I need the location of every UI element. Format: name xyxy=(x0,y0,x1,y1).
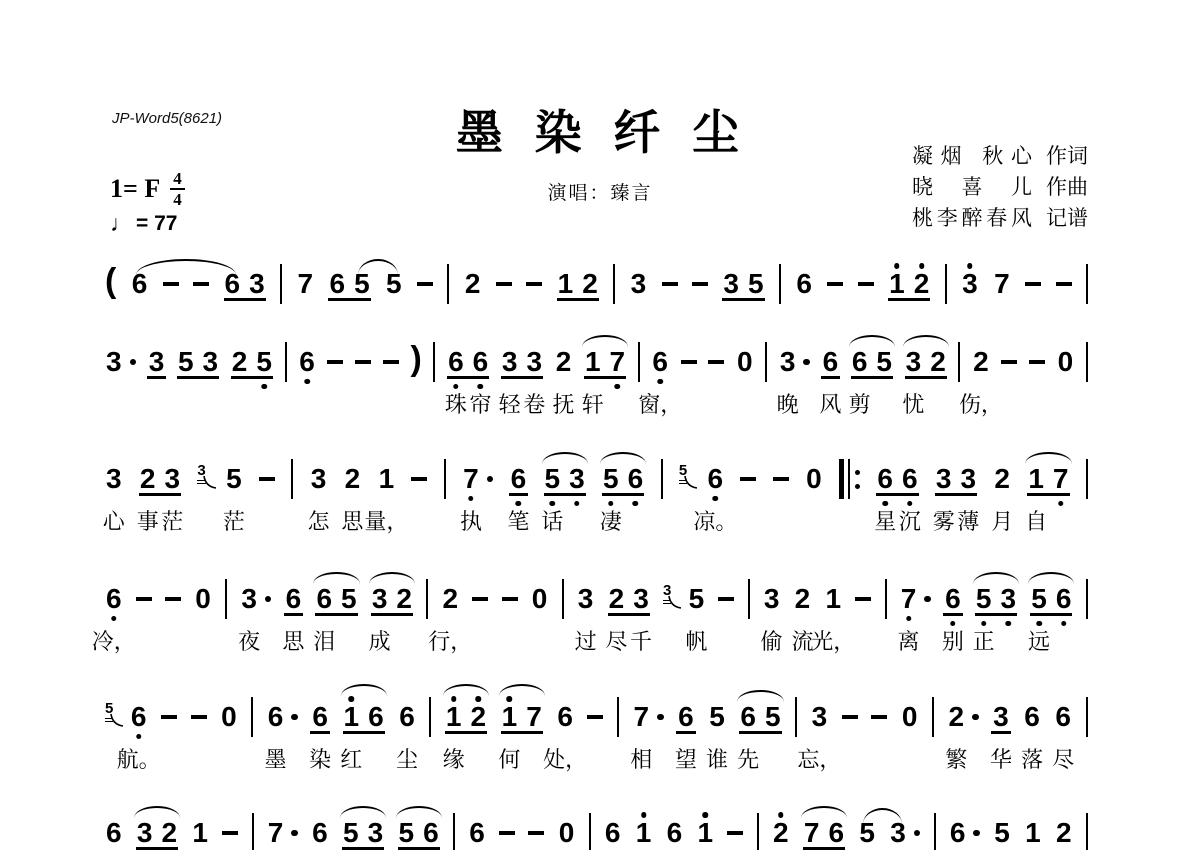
note-number: 6 xyxy=(1054,703,1072,731)
note-number: 7 xyxy=(297,270,315,298)
note-number: 1 xyxy=(824,585,842,613)
notes-row: (663765521233561237 xyxy=(105,264,1088,304)
lyric-syllable: 望 xyxy=(675,743,697,774)
note: 6 xyxy=(298,348,316,376)
note: 7 xyxy=(609,348,627,376)
note-number: 2 xyxy=(464,270,482,298)
note-number: 0 xyxy=(805,465,823,493)
barline xyxy=(779,264,781,304)
note-number: 6 xyxy=(822,348,840,376)
credit-name: 桃李醉春风 xyxy=(912,202,1032,232)
note: 2 xyxy=(441,585,459,613)
tie-slur xyxy=(903,335,949,347)
beam-underline xyxy=(739,731,781,734)
beam-group: 32 xyxy=(905,348,947,376)
duration-dash xyxy=(855,597,871,601)
note: 7 xyxy=(462,465,493,493)
note: 7 xyxy=(1052,465,1070,493)
duration-dash xyxy=(1001,360,1017,364)
beam-underline xyxy=(602,493,644,496)
credits-block: 凝烟 秋心作词晓 喜 儿作曲桃李醉春风记谱 xyxy=(912,140,1088,233)
note: 2 xyxy=(395,585,413,613)
lyrics-row: 心事茫茫怎思量，执笔话凄凉。星沉雾薄月自 xyxy=(105,499,1088,531)
barline xyxy=(562,579,564,619)
barline xyxy=(429,697,431,737)
note: 6 xyxy=(604,819,622,847)
note: 6 xyxy=(447,348,465,376)
note: 0 xyxy=(901,703,919,731)
note: 6 xyxy=(666,819,684,847)
lyric-syllable: 风 xyxy=(819,388,841,419)
lyric-syllable: 染 xyxy=(309,743,331,774)
duration-dash xyxy=(496,282,512,286)
barline xyxy=(225,579,227,619)
augmentation-dot xyxy=(130,359,137,366)
tie-slur xyxy=(863,808,902,824)
note: 1 xyxy=(697,819,715,847)
note: 6 xyxy=(468,819,486,847)
note-number: 7 xyxy=(633,703,651,731)
duration-dash xyxy=(740,477,756,481)
note: 7 xyxy=(267,819,298,847)
beam-underline xyxy=(343,731,385,734)
note-number: 3 xyxy=(164,465,182,493)
lyric-syllable: 忧 xyxy=(902,388,924,419)
lyric-syllable: 轻 xyxy=(499,388,521,419)
note-number: 6 xyxy=(707,465,725,493)
note-number: 3 xyxy=(630,270,648,298)
note-number: 6 xyxy=(944,585,962,613)
note-number: 2 xyxy=(1055,819,1073,847)
beam-group: 56 xyxy=(398,819,440,847)
repeat-thick-bar xyxy=(839,459,844,499)
augmentation-dot xyxy=(265,596,272,603)
beam-underline xyxy=(851,376,893,379)
beam-group: 16 xyxy=(343,703,385,731)
duration-dash xyxy=(1056,282,1072,286)
barline xyxy=(1086,697,1088,737)
lyric-syllable: 光， xyxy=(811,625,855,656)
note-number: 3 xyxy=(148,348,166,376)
beam-group: 12 xyxy=(888,270,930,298)
note: 2 xyxy=(581,270,599,298)
beam-underline xyxy=(224,298,266,301)
note: 6 xyxy=(627,465,645,493)
note: 3 xyxy=(961,270,979,298)
note: 6 xyxy=(827,819,845,847)
lyric-syllable: 凉。 xyxy=(693,505,737,536)
duration-dash xyxy=(662,282,678,286)
note-number: 6 xyxy=(311,703,329,731)
note-number: 3 xyxy=(961,270,979,298)
beam-underline xyxy=(943,613,963,616)
beam-underline xyxy=(501,376,543,379)
note: 1 xyxy=(445,703,463,731)
notes-row: 560661661217676565302366 xyxy=(105,697,1088,737)
note: 2 xyxy=(929,348,947,376)
duration-dash xyxy=(871,715,887,719)
tie-slur xyxy=(600,452,646,464)
duration-dash xyxy=(136,597,152,601)
note-number: 2 xyxy=(555,348,573,376)
lyric-syllable: 墨 xyxy=(265,743,287,774)
lyric-syllable: 抚 xyxy=(552,388,574,419)
note-number: 5 xyxy=(544,465,562,493)
note-number: 5 xyxy=(993,819,1011,847)
notes-row: 3353256)66332176036653220 xyxy=(105,342,1088,382)
tie-slur xyxy=(499,684,545,696)
note-number: 3 xyxy=(501,348,519,376)
sheet-music-page: JP-Word5(8621) 墨 染 纤 尘 演唱：臻言 凝烟 秋心作词晓 喜 … xyxy=(0,0,1200,850)
note: 3 xyxy=(722,270,740,298)
note-number: 0 xyxy=(558,819,576,847)
grace-note: 3 xyxy=(663,570,671,604)
octave-dot xyxy=(967,263,973,269)
barline xyxy=(444,459,446,499)
note-number: 1 xyxy=(557,270,575,298)
duration-dash xyxy=(193,282,209,286)
grace-slur-icon xyxy=(668,595,682,609)
beam-group: 17 xyxy=(1027,465,1069,493)
note: 6 xyxy=(1023,703,1041,731)
augmentation-dot xyxy=(291,714,298,721)
note-number: 6 xyxy=(298,348,316,376)
lyric-syllable: 伤， xyxy=(959,388,1003,419)
parenthesis: ) xyxy=(410,342,421,376)
note: 5 xyxy=(764,703,782,731)
note-number: 0 xyxy=(220,703,238,731)
credit-row: 晓 喜 儿作曲 xyxy=(912,171,1088,202)
beam-underline xyxy=(139,493,181,496)
quarter-note-icon: ♩ xyxy=(110,210,133,237)
score-line: 6321765356606161276536512 xyxy=(105,813,1088,850)
beam-group: 66 xyxy=(876,465,918,493)
augmentation-dot xyxy=(803,359,810,366)
note: 1 xyxy=(557,270,575,298)
note: 5 xyxy=(342,819,360,847)
lyrics-row: 珠帘轻卷抚轩窗，晚风剪忧伤， xyxy=(105,382,1088,414)
note: 1 xyxy=(1027,465,1045,493)
note: 2 xyxy=(1055,819,1073,847)
octave-dot xyxy=(894,263,900,269)
score-line: 323353217653565606633217心事茫茫怎思量，执笔话凄凉。星沉… xyxy=(105,459,1088,531)
lyric-syllable: 缘 xyxy=(443,743,465,774)
note: 3 xyxy=(577,585,595,613)
octave-dot xyxy=(349,696,355,702)
note: 3 xyxy=(935,465,953,493)
duration-dash xyxy=(718,597,734,601)
duration-dash xyxy=(727,831,743,835)
credit-role: 记谱 xyxy=(1046,202,1088,232)
beam-group: 53 xyxy=(342,819,384,847)
beam-underline xyxy=(544,493,586,496)
grace-note: 5 xyxy=(105,688,113,722)
note: 6 xyxy=(1054,703,1072,731)
note: 6 xyxy=(105,585,123,613)
note-number: 6 xyxy=(285,585,303,613)
octave-dot xyxy=(641,812,647,818)
beam-underline xyxy=(1027,493,1069,496)
lyric-syllable: 红 xyxy=(340,743,362,774)
barline xyxy=(765,342,767,382)
credit-role: 作曲 xyxy=(1046,171,1088,201)
lyric-syllable: 华 xyxy=(990,743,1012,774)
notes-row: 6321765356606161276536512 xyxy=(105,813,1088,850)
beam-underline xyxy=(608,613,650,616)
lyric-syllable: 执 xyxy=(460,505,482,536)
note: 5 xyxy=(340,585,358,613)
notes-row: 603665322032335321765356 xyxy=(105,579,1088,619)
note: 5 xyxy=(1030,585,1048,613)
lyric-syllable: 别 xyxy=(942,625,964,656)
lyrics-row: 航。墨染红尘缘何处，相望谁先忘，繁华落尽 xyxy=(105,737,1088,769)
note-number: 3 xyxy=(310,465,328,493)
note: 7 xyxy=(803,819,821,847)
tie-slur xyxy=(801,806,847,818)
beam-underline xyxy=(821,376,841,379)
repeat-thin-bar xyxy=(848,459,850,499)
note: 6 xyxy=(472,348,490,376)
duration-dash xyxy=(1025,282,1041,286)
note: 1 xyxy=(888,270,906,298)
note: 3 xyxy=(105,348,136,376)
beam-underline xyxy=(676,731,696,734)
note: 6 xyxy=(510,465,528,493)
note-number: 6 xyxy=(468,819,486,847)
note-number: 5 xyxy=(875,348,893,376)
tie-slur xyxy=(443,684,489,696)
note: 0 xyxy=(531,585,549,613)
note-number: 6 xyxy=(510,465,528,493)
note-number: 1 xyxy=(501,703,519,731)
note-number: 6 xyxy=(604,819,622,847)
lyric-syllable: 航。 xyxy=(117,743,161,774)
note-number: 6 xyxy=(627,465,645,493)
note-number: 3 xyxy=(525,348,543,376)
lyric-syllable: 夜 xyxy=(238,625,260,656)
note: 6 xyxy=(901,465,919,493)
octave-dot xyxy=(451,696,457,702)
note: 6 xyxy=(422,819,440,847)
note: 3 xyxy=(525,348,543,376)
lyric-syllable: 冷， xyxy=(92,625,136,656)
note: 6 xyxy=(315,585,333,613)
duration-dash xyxy=(858,282,874,286)
note-number: 3 xyxy=(202,348,220,376)
octave-dot xyxy=(507,696,513,702)
beam-underline xyxy=(136,847,178,850)
barline xyxy=(1086,579,1088,619)
note: 2 xyxy=(993,465,1011,493)
barline xyxy=(958,342,960,382)
duration-dash xyxy=(259,477,275,481)
tie-slur xyxy=(582,335,628,347)
note: 3 xyxy=(999,585,1017,613)
beam-group: 17 xyxy=(501,703,543,731)
note-number: 7 xyxy=(267,819,285,847)
note: 3 xyxy=(202,348,220,376)
barline xyxy=(1086,264,1088,304)
tie-slur xyxy=(134,806,180,818)
note-number: 5 xyxy=(747,270,765,298)
beam-group: 66 xyxy=(447,348,489,376)
note: 6 xyxy=(851,348,869,376)
lyric-syllable: 茫 xyxy=(223,505,245,536)
note-number: 7 xyxy=(609,348,627,376)
duration-dash xyxy=(161,715,177,719)
note-number: 5 xyxy=(225,465,243,493)
note: 0 xyxy=(558,819,576,847)
note-number: 2 xyxy=(993,465,1011,493)
note-number: 2 xyxy=(772,819,790,847)
beam-underline xyxy=(584,376,626,379)
barline xyxy=(934,813,936,850)
note-number: 3 xyxy=(992,703,1010,731)
note-number: 1 xyxy=(343,703,361,731)
note-number: 3 xyxy=(371,585,389,613)
lyric-syllable: 雾 xyxy=(933,505,955,536)
beam-group: 17 xyxy=(584,348,626,376)
note: 6 xyxy=(944,585,962,613)
beam-group: 65 xyxy=(851,348,893,376)
note-number: 6 xyxy=(447,348,465,376)
lyric-syllable: 薄 xyxy=(957,505,979,536)
note-number: 3 xyxy=(568,465,586,493)
note-number: 3 xyxy=(763,585,781,613)
beam-group: 65 xyxy=(739,703,781,731)
tempo-marking: ♩ = 77 xyxy=(110,210,177,237)
octave-dot xyxy=(703,812,709,818)
note: 1 xyxy=(824,585,842,613)
note: 6 xyxy=(949,819,980,847)
lyric-syllable: 繁 xyxy=(945,743,967,774)
note: 0 xyxy=(220,703,238,731)
beam-group: 53 xyxy=(975,585,1017,613)
beam-group: 12 xyxy=(557,270,599,298)
note: 0 xyxy=(736,348,754,376)
beam-group: 56 xyxy=(602,465,644,493)
beam-underline xyxy=(342,847,384,850)
tempo-value: = 77 xyxy=(136,212,177,236)
note-number: 6 xyxy=(472,348,490,376)
barline xyxy=(638,342,640,382)
duration-dash xyxy=(383,360,399,364)
note-number: 5 xyxy=(688,585,706,613)
note-number: 5 xyxy=(340,585,358,613)
repeat-dots xyxy=(855,470,860,489)
lyric-syllable: 思 xyxy=(282,625,304,656)
note: 1 xyxy=(584,348,602,376)
note: 2 xyxy=(139,465,157,493)
tie-slur xyxy=(396,806,442,818)
note: 6 xyxy=(311,819,329,847)
note-number: 3 xyxy=(935,465,953,493)
lyric-syllable: 思 xyxy=(341,505,363,536)
note-number: 3 xyxy=(136,819,154,847)
tie-slur xyxy=(737,690,783,702)
beam-group: 32 xyxy=(371,585,413,613)
grace-note: 5 xyxy=(679,450,687,484)
tie-slur xyxy=(313,572,359,584)
lyric-syllable: 何 xyxy=(498,743,520,774)
note: 6 xyxy=(1055,585,1073,613)
beam-underline xyxy=(1030,613,1072,616)
beam-underline xyxy=(722,298,764,301)
beam-group: 56 xyxy=(1030,585,1072,613)
lyric-syllable: 行， xyxy=(428,625,472,656)
lyric-syllable: 心 xyxy=(103,505,125,536)
score-line: (663765521233561237 xyxy=(105,264,1088,304)
note-number: 3 xyxy=(632,585,650,613)
note-number: 6 xyxy=(311,819,329,847)
note-number: 3 xyxy=(960,465,978,493)
note-number: 1 xyxy=(888,270,906,298)
note-number: 6 xyxy=(666,819,684,847)
time-signature: 4 4 xyxy=(170,170,185,209)
note-number: 6 xyxy=(398,703,416,731)
duration-dash xyxy=(526,282,542,286)
lyric-syllable: 尽 xyxy=(1052,743,1074,774)
beam-underline xyxy=(177,376,219,379)
note-number: 7 xyxy=(1052,465,1070,493)
note-number: 5 xyxy=(975,585,993,613)
beam-group: 12 xyxy=(445,703,487,731)
barline xyxy=(1086,459,1088,499)
note-number: 6 xyxy=(422,819,440,847)
note: 1 xyxy=(635,819,653,847)
barline xyxy=(285,342,287,382)
note: 2 xyxy=(469,703,487,731)
note: 1 xyxy=(191,819,209,847)
note: 3 xyxy=(148,348,166,376)
note: 3 xyxy=(371,585,389,613)
note: 3 xyxy=(105,465,123,493)
note-number: 0 xyxy=(531,585,549,613)
tie-slur xyxy=(1028,572,1074,584)
note: 5 xyxy=(993,819,1011,847)
beam-underline xyxy=(147,376,167,379)
note: 6 xyxy=(367,703,385,731)
note: 5 xyxy=(975,585,993,613)
barline xyxy=(757,813,759,850)
tie-slur xyxy=(136,259,237,275)
note: 3 xyxy=(136,819,154,847)
barline xyxy=(447,264,449,304)
note-number: 3 xyxy=(105,465,123,493)
tie-slur xyxy=(973,572,1019,584)
lyric-syllable: 自 xyxy=(1025,505,1047,536)
duration-dash xyxy=(587,715,603,719)
note-number: 6 xyxy=(1023,703,1041,731)
lyric-syllable: 月 xyxy=(991,505,1013,536)
note: 7 xyxy=(900,585,931,613)
note: 6 xyxy=(328,270,346,298)
note-number: 1 xyxy=(445,703,463,731)
lyric-syllable: 相 xyxy=(630,743,652,774)
parenthesis: ( xyxy=(105,264,116,298)
notes-row: 323353217653565606633217 xyxy=(105,459,1088,499)
tie-slur xyxy=(341,684,387,696)
lyric-syllable: 帆 xyxy=(685,625,707,656)
beam-group: 76 xyxy=(803,819,845,847)
barline xyxy=(251,697,253,737)
note-number: 5 xyxy=(708,703,726,731)
duration-dash xyxy=(191,715,207,719)
note: 6 xyxy=(105,819,123,847)
grace-slur-icon xyxy=(110,713,124,727)
beam-underline xyxy=(509,493,529,496)
note: 7 xyxy=(993,270,1011,298)
